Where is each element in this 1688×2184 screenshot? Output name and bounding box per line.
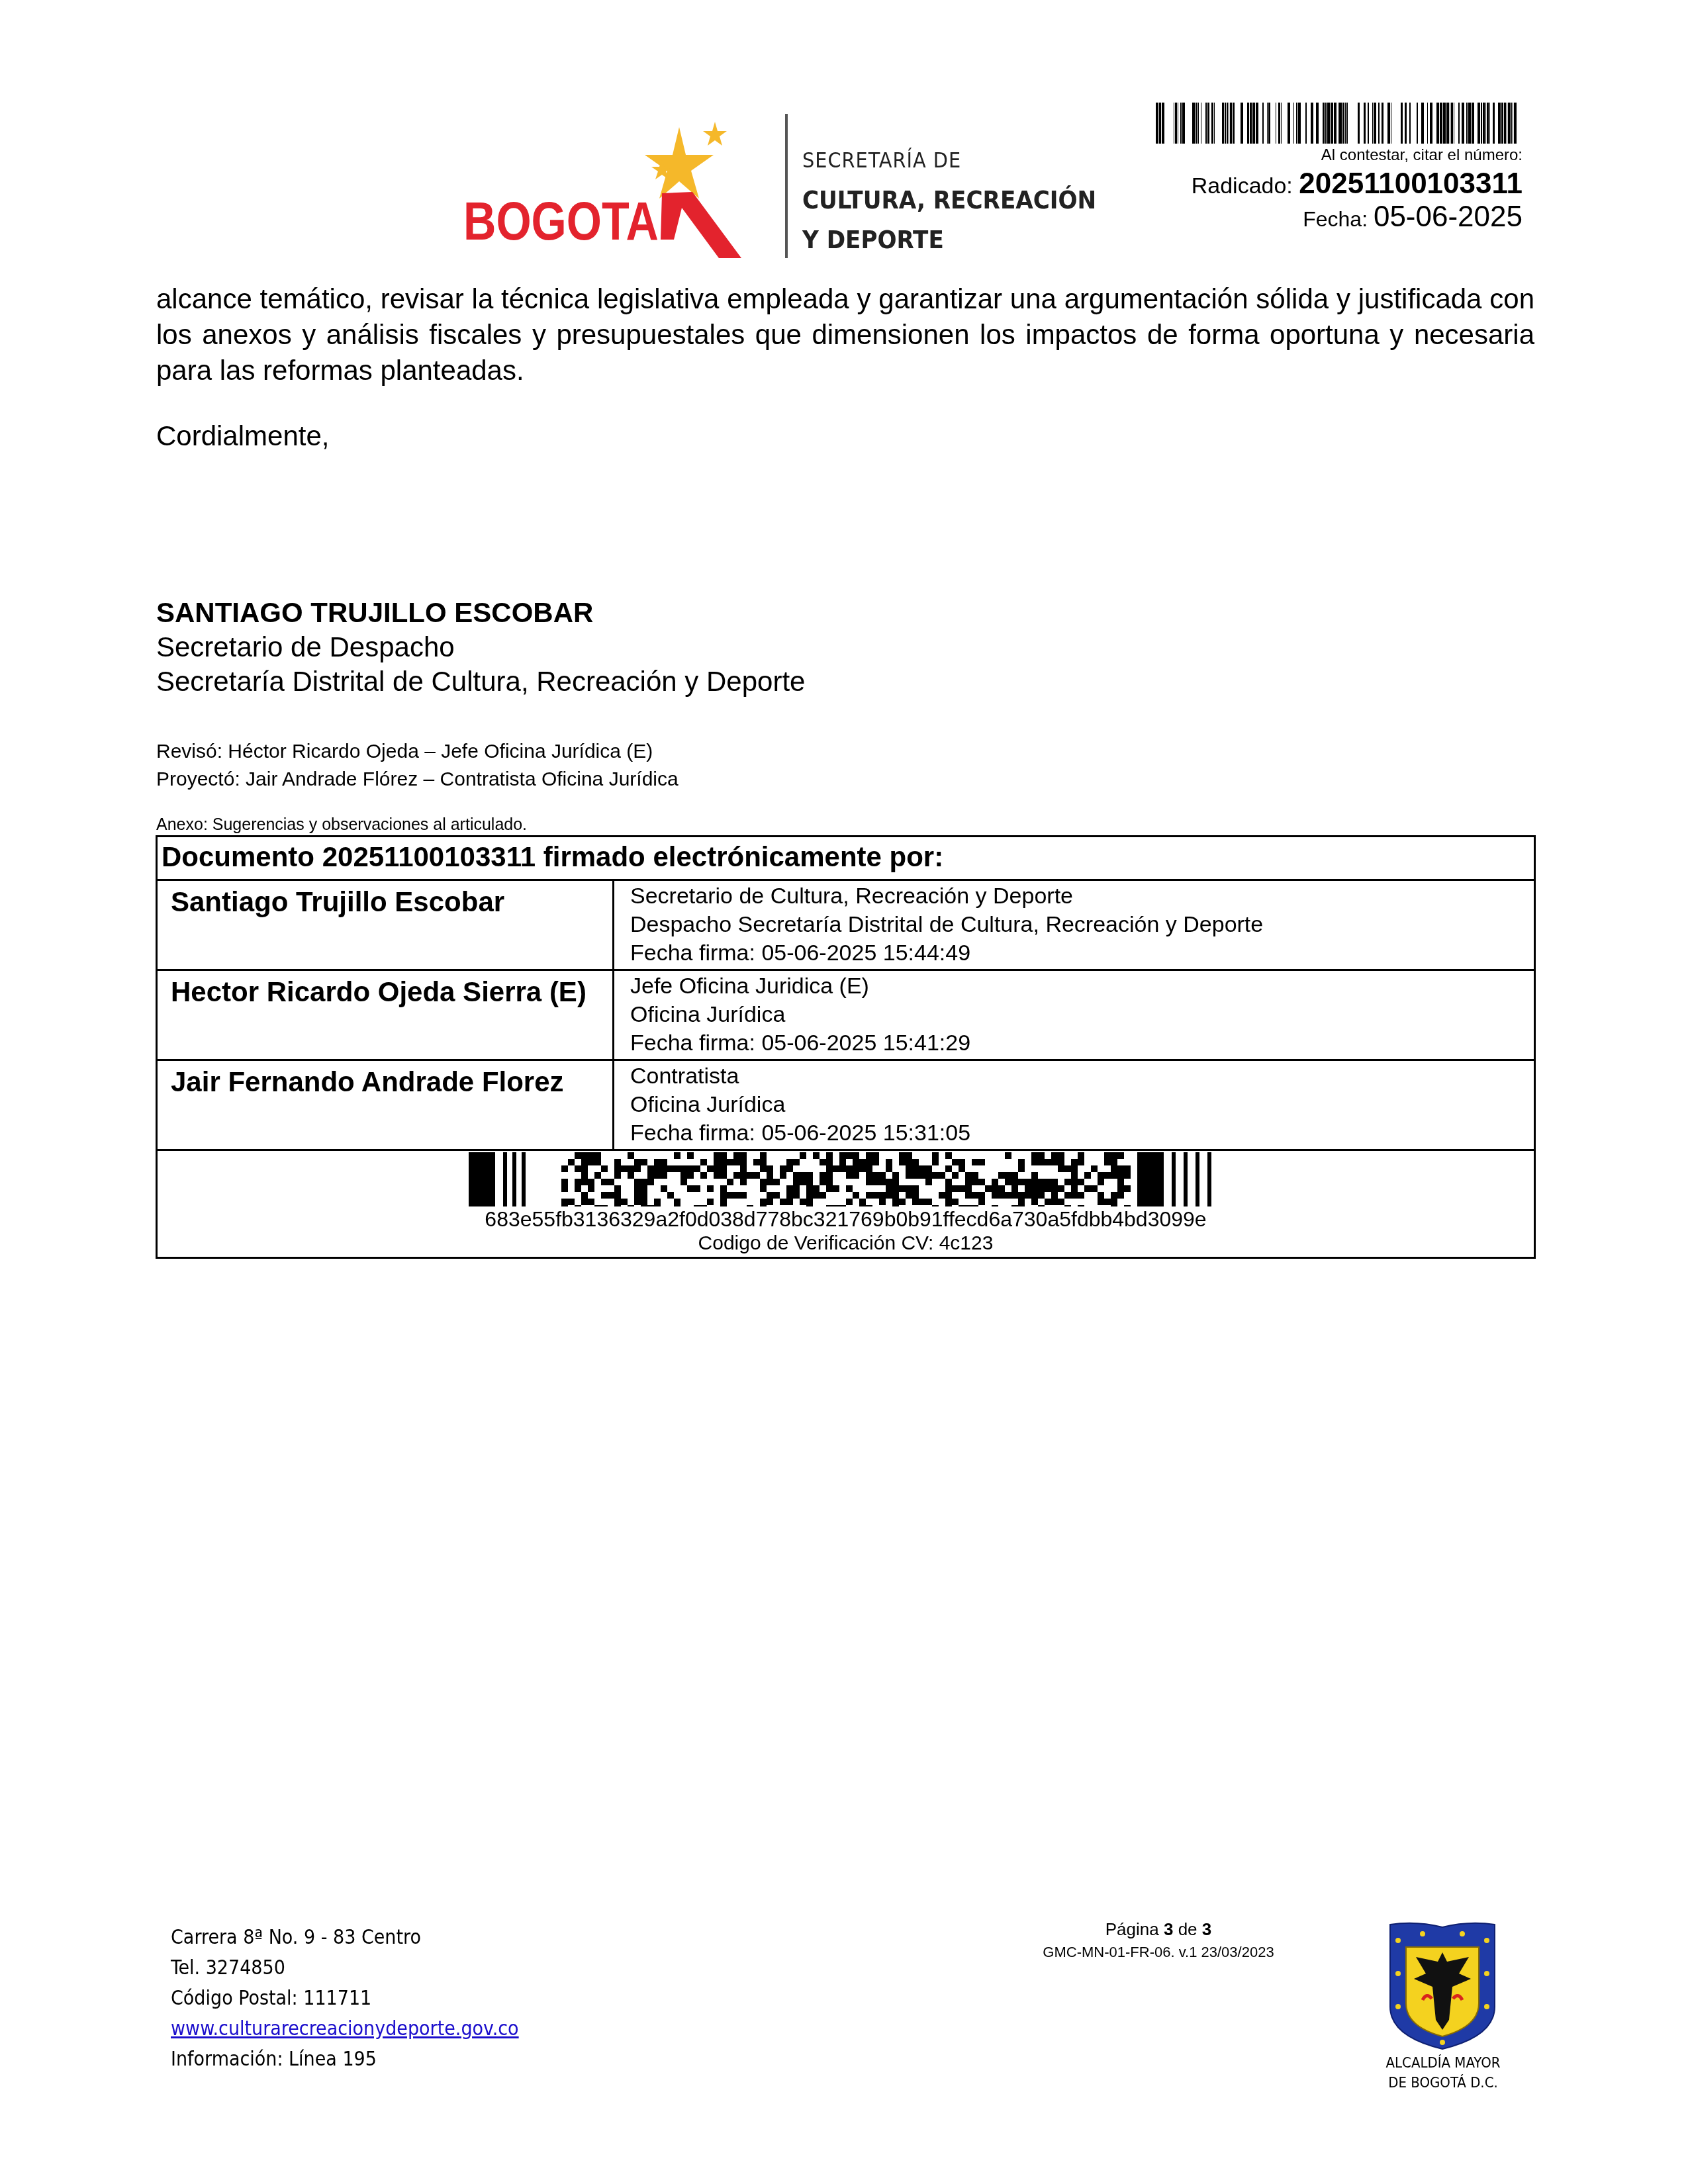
footer-postal-code: Código Postal: 111711 (171, 1983, 519, 2014)
footer-info-line: Información: Línea 195 (171, 2044, 519, 2075)
review-credits: Revisó: Héctor Ricardo Ojeda – Jefe Ofic… (156, 738, 679, 794)
fecha-line: Fecha: 05-06-2025 (1152, 201, 1523, 234)
signatory-info: Secretario de Cultura, Recreación y Depo… (614, 880, 1535, 970)
star-icon (703, 122, 727, 146)
body-paragraph: alcance temático, revisar la técnica leg… (156, 281, 1534, 388)
electronic-signature-table: Documento 20251100103311 firmado electró… (156, 835, 1536, 1259)
secretaria-logo-text: SECRETARÍA DE CULTURA, RECREACIÓN Y DEPO… (802, 140, 1096, 259)
form-code: GMC-MN-01-FR-06. v.1 23/03/2023 (993, 1944, 1324, 1961)
signer-entity: Secretaría Distrital de Cultura, Recreac… (156, 664, 805, 699)
footer-contact: Carrera 8ª No. 9 - 83 Centro Tel. 327485… (171, 1923, 519, 2075)
radicado-block: Al contestar, citar el número: Radicado:… (1152, 103, 1523, 234)
verification-code: Codigo de Verificación CV: 4c123 (158, 1232, 1534, 1255)
signatory-name: Jair Fernando Andrade Florez (157, 1060, 614, 1150)
barcode-icon (1152, 103, 1523, 144)
footer-phone: Tel. 3274850 (171, 1953, 519, 1983)
fecha-value: 05-06-2025 (1374, 201, 1523, 233)
closing: Cordialmente, (156, 420, 329, 452)
annex-note: Anexo: Sugerencias y observaciones al ar… (156, 815, 527, 835)
table-row: Hector Ricardo Ojeda Sierra (E) Jefe Ofi… (157, 970, 1535, 1060)
table-row: Jair Fernando Andrade Florez Contratista… (157, 1060, 1535, 1150)
document-hash: 683e55fb3136329a2f0d038d778bc321769b0b91… (158, 1206, 1534, 1232)
pdf417-barcode-icon (469, 1152, 1223, 1206)
page-number: Página 3 de 3 (993, 1919, 1324, 1940)
radicado-line: Radicado: 20251100103311 (1152, 167, 1523, 201)
website-link[interactable]: www.culturarecreacionydeporte.gov.co (171, 2017, 519, 2040)
bogota-coat-of-arms-icon (1386, 1921, 1499, 2050)
drafted-by: Proyectó: Jair Andrade Flórez – Contrati… (156, 766, 679, 794)
verification-cell: 683e55fb3136329a2f0d038d778bc321769b0b91… (157, 1150, 1535, 1258)
signatory-info: Jefe Oficina Juridica (E) Oficina Jurídi… (614, 970, 1535, 1060)
alcaldia-label: ALCALDÍA MAYOR DE BOGOTÁ D.C. (1364, 2054, 1523, 2093)
signer-role: Secretario de Despacho (156, 630, 805, 664)
footer-address: Carrera 8ª No. 9 - 83 Centro (171, 1923, 519, 1953)
cite-label: Al contestar, citar el número: (1152, 146, 1523, 165)
radicado-number: 20251100103311 (1299, 167, 1523, 200)
signatory-name: Santiago Trujillo Escobar (157, 880, 614, 970)
star-icon (645, 127, 714, 199)
reviewed-by: Revisó: Héctor Ricardo Ojeda – Jefe Ofic… (156, 738, 679, 766)
signatory-info: Contratista Oficina Jurídica Fecha firma… (614, 1060, 1535, 1150)
logo-divider (785, 114, 788, 258)
signatory-name: Hector Ricardo Ojeda Sierra (E) (157, 970, 614, 1060)
signer-name: SANTIAGO TRUJILLO ESCOBAR (156, 596, 805, 630)
signature-table-heading: Documento 20251100103311 firmado electró… (157, 837, 1535, 880)
bogota-logo: BOGOTA (463, 114, 755, 259)
signer-block: SANTIAGO TRUJILLO ESCOBAR Secretario de … (156, 596, 805, 699)
page-number-block: Página 3 de 3 GMC-MN-01-FR-06. v.1 23/03… (993, 1919, 1324, 1961)
table-row: Santiago Trujillo Escobar Secretario de … (157, 880, 1535, 970)
svg-text:BOGOTA: BOGOTA (463, 191, 659, 251)
